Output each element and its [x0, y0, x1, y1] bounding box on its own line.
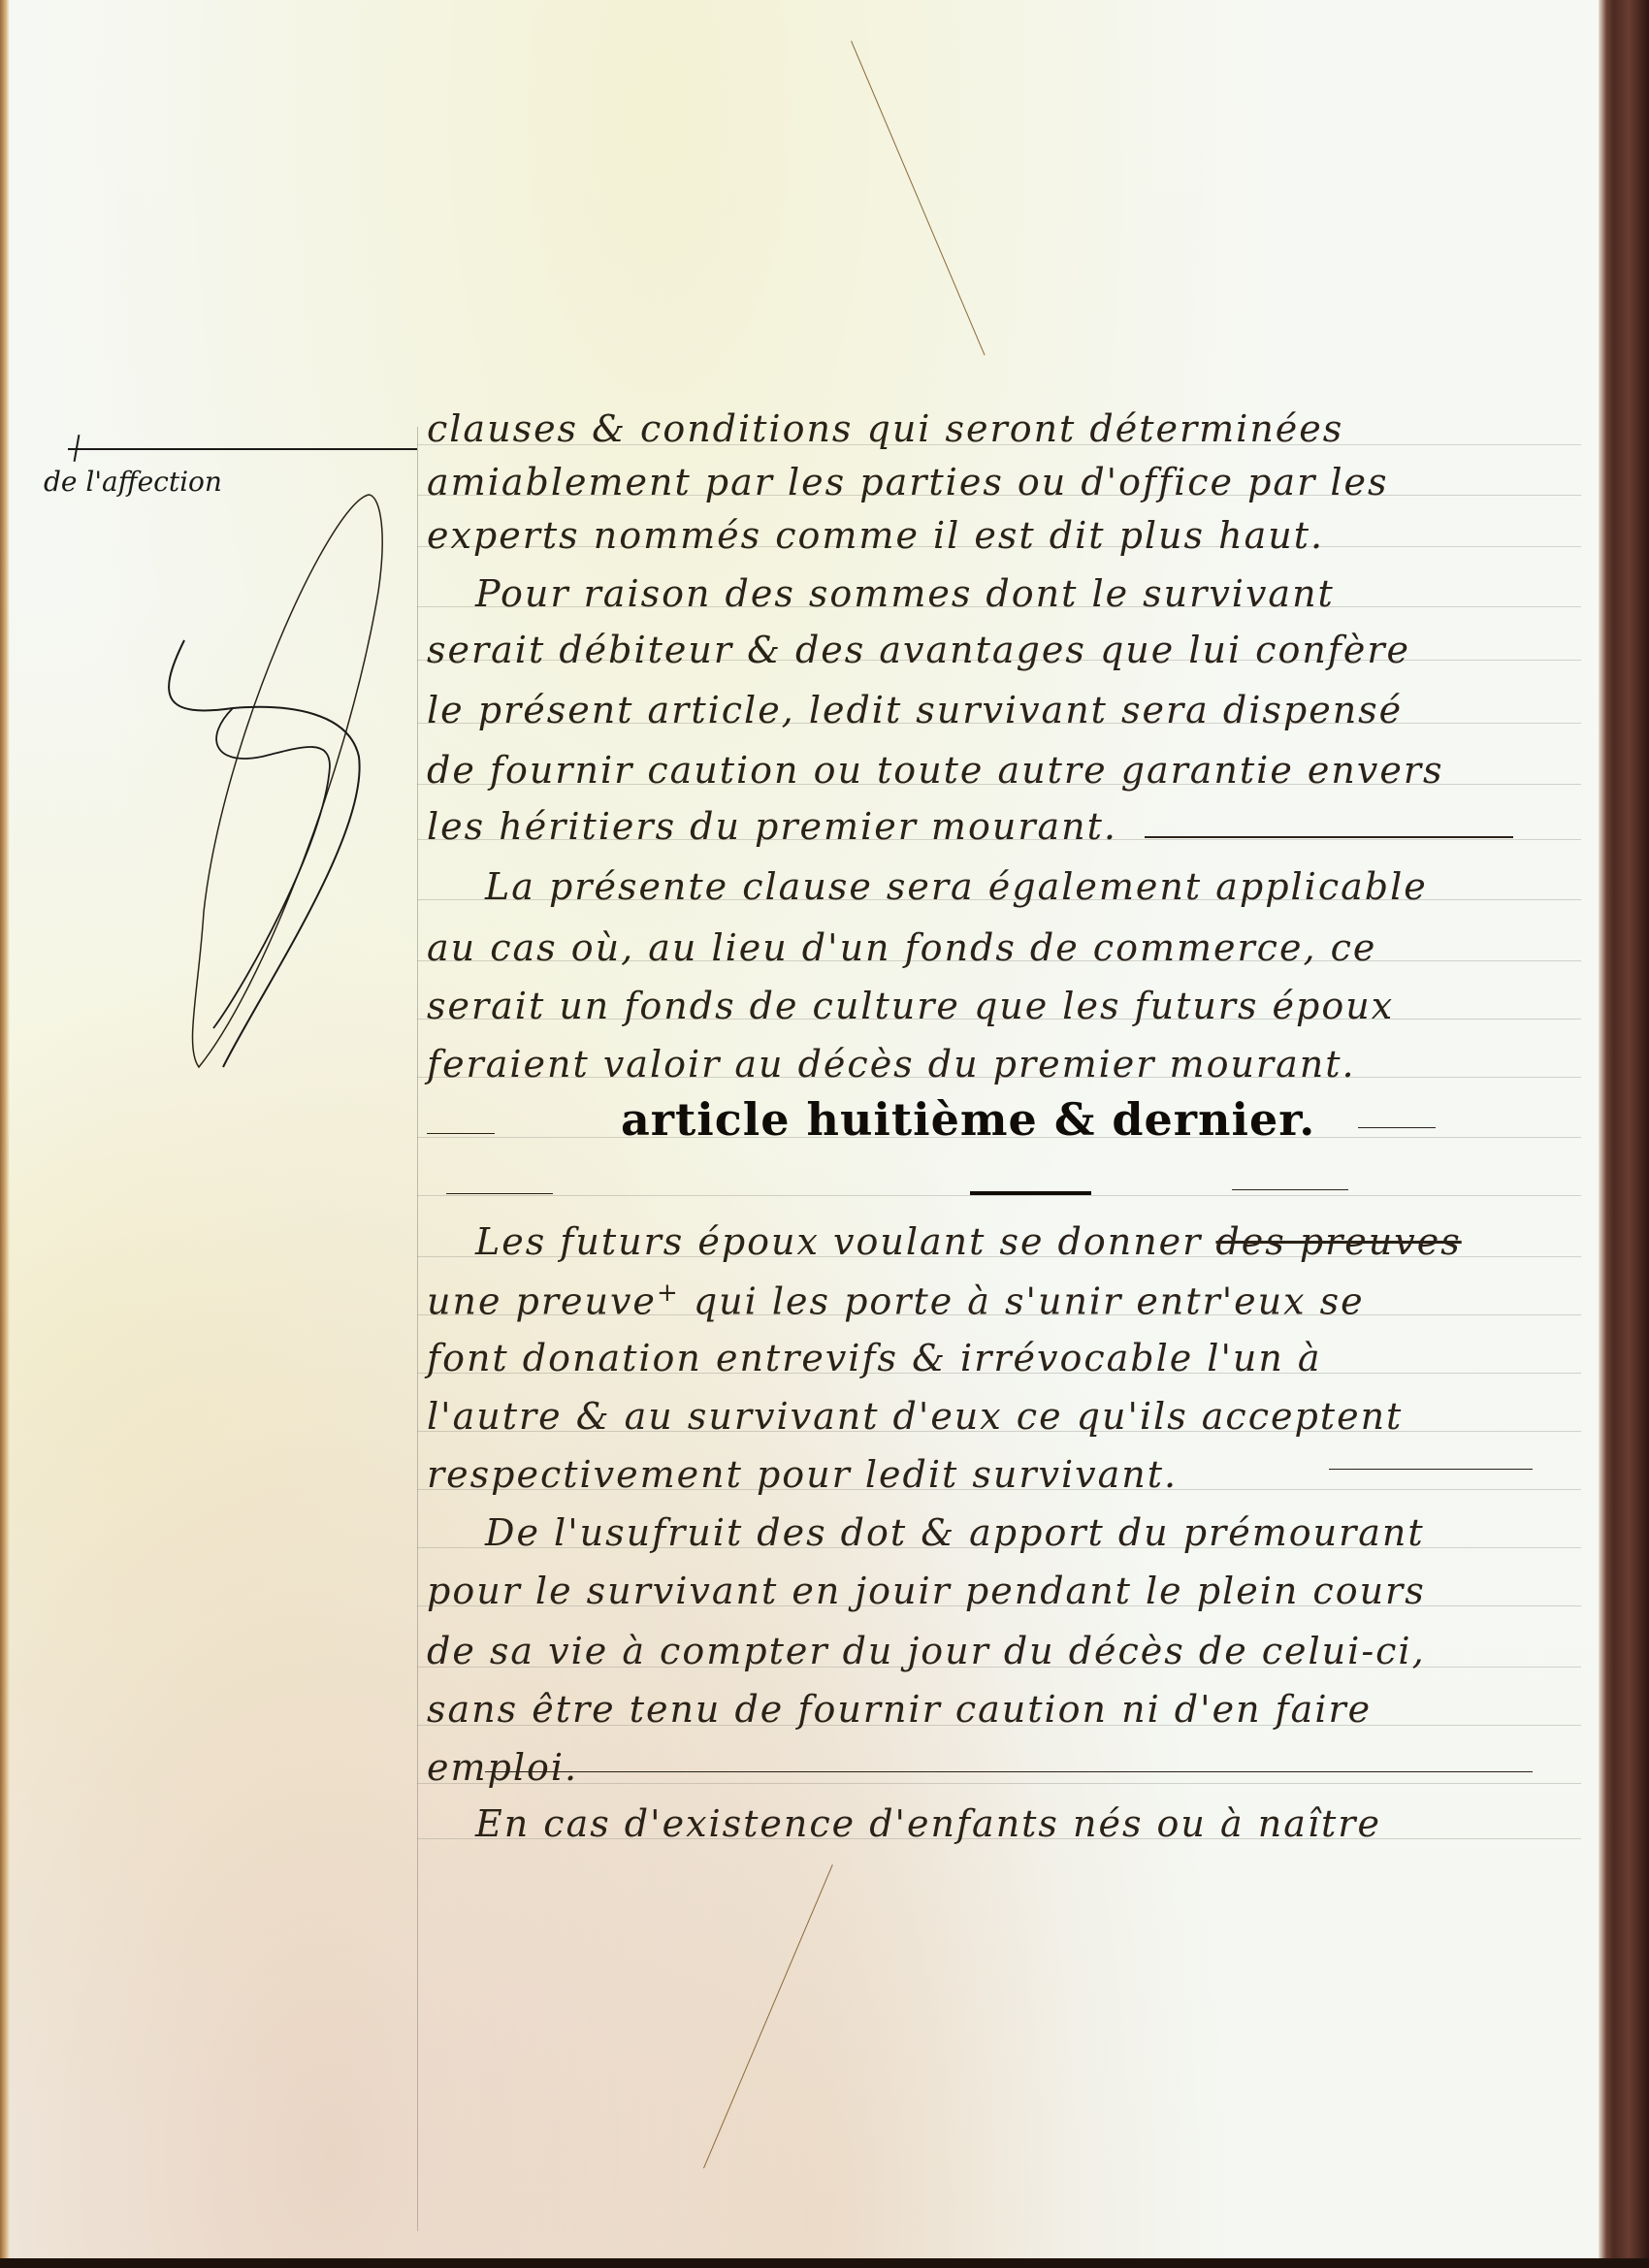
- line-filler-dash: [1329, 1469, 1533, 1470]
- text-line: pour le survivant en jouir pendant le pl…: [427, 1570, 1571, 1612]
- text-line: respectivement pour ledit survivant.: [427, 1453, 1571, 1496]
- heading-dash-left: [427, 1133, 495, 1134]
- text-line: serait un fonds de culture que les futur…: [427, 985, 1571, 1027]
- page-bottom-edge: [0, 2258, 1649, 2268]
- text-span: une preuve: [427, 1280, 657, 1323]
- text-line: feraient valoir au décès du premier mour…: [427, 1043, 1571, 1085]
- text-line: sans être tenu de fournir caution ni d'e…: [427, 1688, 1571, 1731]
- flourish-icon: [145, 446, 417, 1106]
- heading-rule-right: [1232, 1189, 1348, 1190]
- text-line: Les futurs époux voulant se donner des p…: [475, 1220, 1620, 1263]
- book-binding: [1599, 0, 1649, 2268]
- text-line: En cas d'existence d'enfants nés ou à na…: [475, 1802, 1620, 1845]
- text-line: une preuve+ qui les porte à s'unir entr'…: [427, 1279, 1571, 1323]
- text-line: clauses & conditions qui seront détermin…: [427, 407, 1571, 450]
- struck-text: des preuves: [1215, 1220, 1461, 1263]
- text-line: serait débiteur & des avantages que lui …: [427, 629, 1571, 671]
- text-line: font donation entrevifs & irrévocable l'…: [427, 1337, 1571, 1379]
- text-line: De l'usufruit des dot & apport du prémou…: [485, 1511, 1630, 1554]
- margin-rule: [417, 427, 418, 2231]
- text-line: l'autre & au survivant d'eux ce qu'ils a…: [427, 1395, 1571, 1438]
- line-filler-dash: [485, 1771, 1533, 1772]
- ruled-line: [417, 1195, 1581, 1196]
- text-line: amiablement par les parties ou d'office …: [427, 461, 1571, 503]
- article-heading: article huitième & dernier.: [621, 1093, 1315, 1146]
- heading-underline: [970, 1191, 1091, 1195]
- cancel-line-top: [851, 41, 985, 355]
- text-line: emploi.: [427, 1746, 1571, 1789]
- text-line: experts nommés comme il est dit plus hau…: [427, 514, 1571, 557]
- text-line: La présente clause sera également applic…: [485, 865, 1630, 908]
- text-line: au cas où, au lieu d'un fonds de commerc…: [427, 926, 1571, 969]
- heading-dash-right: [1358, 1127, 1436, 1128]
- text-line: les héritiers du premier mourant.: [427, 805, 1571, 848]
- cancel-line-bottom: [703, 1864, 833, 2168]
- heading-rule-left: [446, 1193, 553, 1194]
- document-page: de l'affection clauses & conditions qui …: [0, 0, 1649, 2268]
- text-line: le présent article, ledit survivant sera…: [427, 689, 1571, 731]
- text-span: Les futurs époux voulant se donner: [475, 1220, 1202, 1263]
- text-line: Pour raison des sommes dont le survivant: [475, 572, 1620, 615]
- text-span: qui les porte à s'unir entr'eux se: [694, 1280, 1365, 1323]
- line-filler-dash: [1145, 836, 1513, 838]
- text-line: de fournir caution ou toute autre garant…: [427, 749, 1571, 792]
- text-line: de sa vie à compter du jour du décès de …: [427, 1630, 1571, 1672]
- insertion-mark: +: [657, 1279, 680, 1308]
- page-left-edge: [0, 0, 10, 2268]
